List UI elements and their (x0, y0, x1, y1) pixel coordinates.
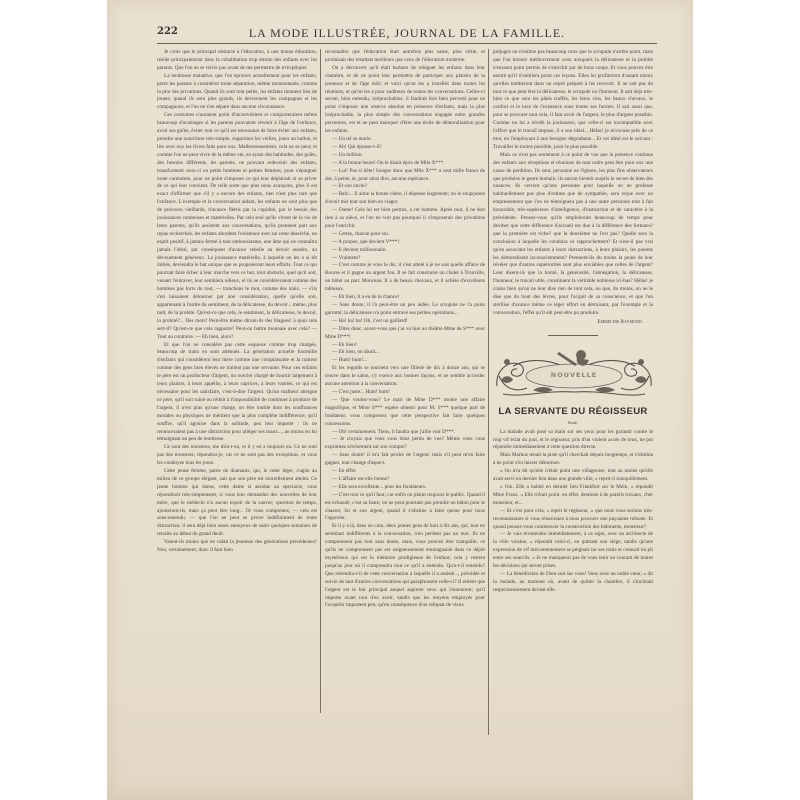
paragraph: Ces coutumes n'auraient point d'inconvén… (157, 112, 317, 341)
dialogue-line: — Un million. (325, 152, 485, 160)
dialogue-line: — Dame! Cela lui est bien permis, à cet … (325, 207, 485, 231)
paragraph: Je crois que le principal obstacle à l'é… (157, 49, 317, 73)
paragraph: — Je vais m'entendre immédiatement, à ce… (493, 531, 653, 571)
text-column-2: reconnaître que l'éducation était autref… (325, 49, 485, 714)
paragraph: La malade avait posé sa main sur ses yeu… (493, 429, 653, 453)
paragraph: Valent-ils moins que ne valait la jeunes… (157, 539, 317, 555)
dialogue-line: — C'est comme je vous le dis; il s'est a… (325, 262, 485, 294)
dialogue-line: — Un tel se marie. (325, 136, 485, 144)
paragraph: « Oui. Elle a habité en dernier lieu Fra… (493, 484, 653, 508)
dialogue-line: — Elle sera excellente... pour les fonda… (325, 484, 485, 492)
dialogue-line: — L'affaire est-elle bonne? (325, 476, 485, 484)
header-divider (157, 43, 657, 44)
dialogue-line: — Ha! ha! ha! Oh, c'est un gaillard! (325, 318, 485, 326)
dialogue-line: — Sans doute! il m'a fait perdre de l'ar… (325, 452, 485, 468)
text-column-3: préjugés on n'estime pas beaucoup ceux q… (493, 49, 653, 737)
dialogue-line: — Bah!... Il aime la bonne chère, il dép… (325, 191, 485, 207)
dialogue-line: — Et son oncle? (325, 183, 485, 191)
dialogue-line: — Dites donc, savez-vous que j'ai vu hie… (325, 326, 485, 342)
paragraph: Mais Markus tenait la piste qu'il cherch… (493, 452, 653, 468)
paragraph: préjugés on n'estime pas beaucoup ceux q… (493, 49, 653, 152)
dialogue-line: — Oh! certainement. Tiens, il faudra que… (325, 429, 485, 437)
dialogue-line: — Eh bien, on disait... (325, 349, 485, 357)
text-column-1: Je crois que le principal obstacle à l'é… (157, 49, 317, 714)
dialogue-line: — Eh bien, il a eu de la chance! (325, 294, 485, 302)
nouvelle-vignette: NOUVELLE (493, 346, 653, 400)
paragraph: Et que l'on ne considère pas cette esqui… (157, 342, 317, 445)
paragraph: La tendresse maladive, que l'on éprouve … (157, 73, 317, 113)
dialogue-line: — Je croyais que vous vous étiez perdu d… (325, 436, 485, 452)
paragraph: — La bénédiction de Dieu soit sur vous! … (493, 571, 653, 595)
page-header: 222 LA MODE ILLUSTRÉE, JOURNAL DE LA FAM… (157, 26, 657, 42)
paragraph: « On m'a dit qu'elle n'était point une v… (493, 468, 653, 484)
column-divider (488, 49, 489, 735)
dialogue-line: — Lui! Pas si bête! Songez donc que Mlle… (325, 168, 485, 184)
dialogue-line: — C'est juste... Hum! hum! (325, 389, 485, 397)
dialogue-line: — Certes, chacun pour soi. (325, 231, 485, 239)
vignette-label: NOUVELLE (493, 372, 653, 380)
paragraph: — Et c'est pour cela, » reprit le régiss… (493, 508, 653, 532)
dialogue-line: — Sans doute; il l'a peut-être un peu ai… (325, 302, 485, 318)
journal-title: LA MODE ILLUSTRÉE, JOURNAL DE LA FAMILLE… (157, 26, 657, 41)
dialogue-line: — Ah! Qui épouse-t-il? (325, 144, 485, 152)
dialogue-line: — Il devient millionnaire. (325, 247, 485, 255)
dialogue-line: — A propos, que devient V***? (325, 239, 485, 247)
paragraph: On a découvert qu'il était barbare de re… (325, 65, 485, 136)
story-subtitle: Suite. (493, 419, 653, 427)
paragraph: Et les regards se tournent vers une fill… (325, 365, 485, 389)
dialogue-line: — En effet. (325, 468, 485, 476)
dialogue-line: — Que voulez-vous? Le mari de Mme D*** m… (325, 397, 485, 429)
paragraph: reconnaître que l'éducation était autref… (325, 49, 485, 65)
newspaper-page: 222 LA MODE ILLUSTRÉE, JOURNAL DE LA FAM… (107, 0, 693, 800)
paragraph: Et il y a là, dans un coin, deux jeunes … (325, 523, 485, 610)
dialogue-line: — A la bonne heure! On le disait épris d… (325, 160, 485, 168)
dialogue-line: — C'est tout ce qu'il faut; car enfin on… (325, 492, 485, 524)
story-title: LA SERVANTE DU RÉGISSEUR (493, 406, 653, 418)
author-signature: Emmeline Raymond. (493, 319, 653, 327)
paragraph: Mais ce n'est pas seulement à ce point d… (493, 152, 653, 318)
paragraph: Ce sont des monstres, me dira-t-on, et i… (157, 444, 317, 468)
dialogue-line: — Eh bien? (325, 342, 485, 350)
section-divider (548, 335, 598, 336)
column-divider (320, 49, 321, 713)
paragraph: Cette jeune femme, parée de diamants, qu… (157, 468, 317, 539)
